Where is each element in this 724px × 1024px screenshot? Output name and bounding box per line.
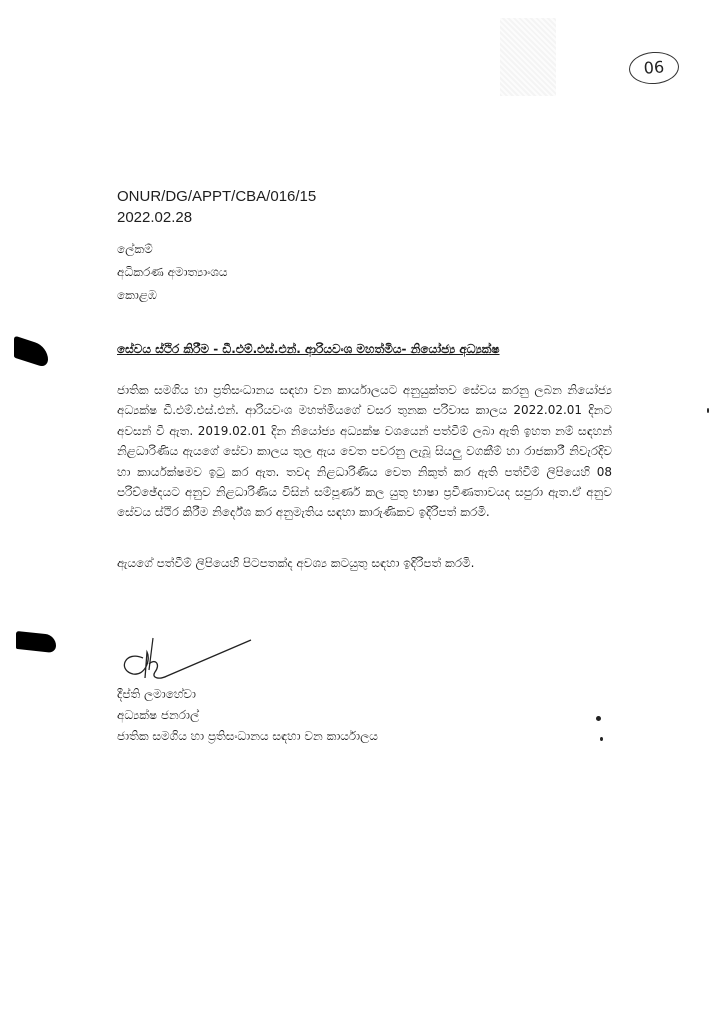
addressee-ministry: අධිකරණ අමාත්‍යාංශය (117, 261, 227, 284)
signatory-office: ජාතික සමගිය හා ප්‍රතිසංධානය සඳහා වන කාර්… (117, 726, 378, 747)
subject-line: සේවය ස්ථිර කිරීම - ඩී.එම්.එස්.එන්. ආරියව… (117, 342, 500, 357)
signature (115, 630, 255, 690)
addressee-city: කොළඹ (117, 284, 227, 307)
scan-smudge (500, 18, 556, 96)
letter-date: 2022.02.28 (117, 207, 316, 228)
signatory-title: අධ්‍යක්ෂ ජනරාල් (117, 705, 378, 726)
addressee-block: ලේකම් අධිකරණ අමාත්‍යාංශය කොළඹ (117, 238, 227, 307)
scan-speck (596, 716, 601, 721)
redaction-mark (14, 335, 48, 368)
redaction-mark (16, 631, 56, 653)
scan-speck (600, 737, 603, 741)
handwritten-page-number: 06 (628, 50, 680, 85)
scan-speck (707, 408, 709, 413)
signatory-block: දීප්ති ලමාහේවා අධ්‍යක්ෂ ජනරාල් ජාතික සමග… (117, 684, 378, 747)
addressee-title: ලේකම් (117, 238, 227, 261)
body-paragraph: ජාතික සමගිය හා ප්‍රතිසංධානය සඳහා වන කාර්… (117, 380, 612, 523)
letter-header: ONUR/DG/APPT/CBA/016/15 2022.02.28 (117, 186, 316, 228)
signatory-name: දීප්ති ලමාහේවා (117, 684, 378, 705)
closing-line: ඇයගේ පත්වීම් ලිපියෙහි පිටපතක්ද අවශ්‍ය කට… (117, 556, 475, 571)
reference-number: ONUR/DG/APPT/CBA/016/15 (117, 186, 316, 207)
